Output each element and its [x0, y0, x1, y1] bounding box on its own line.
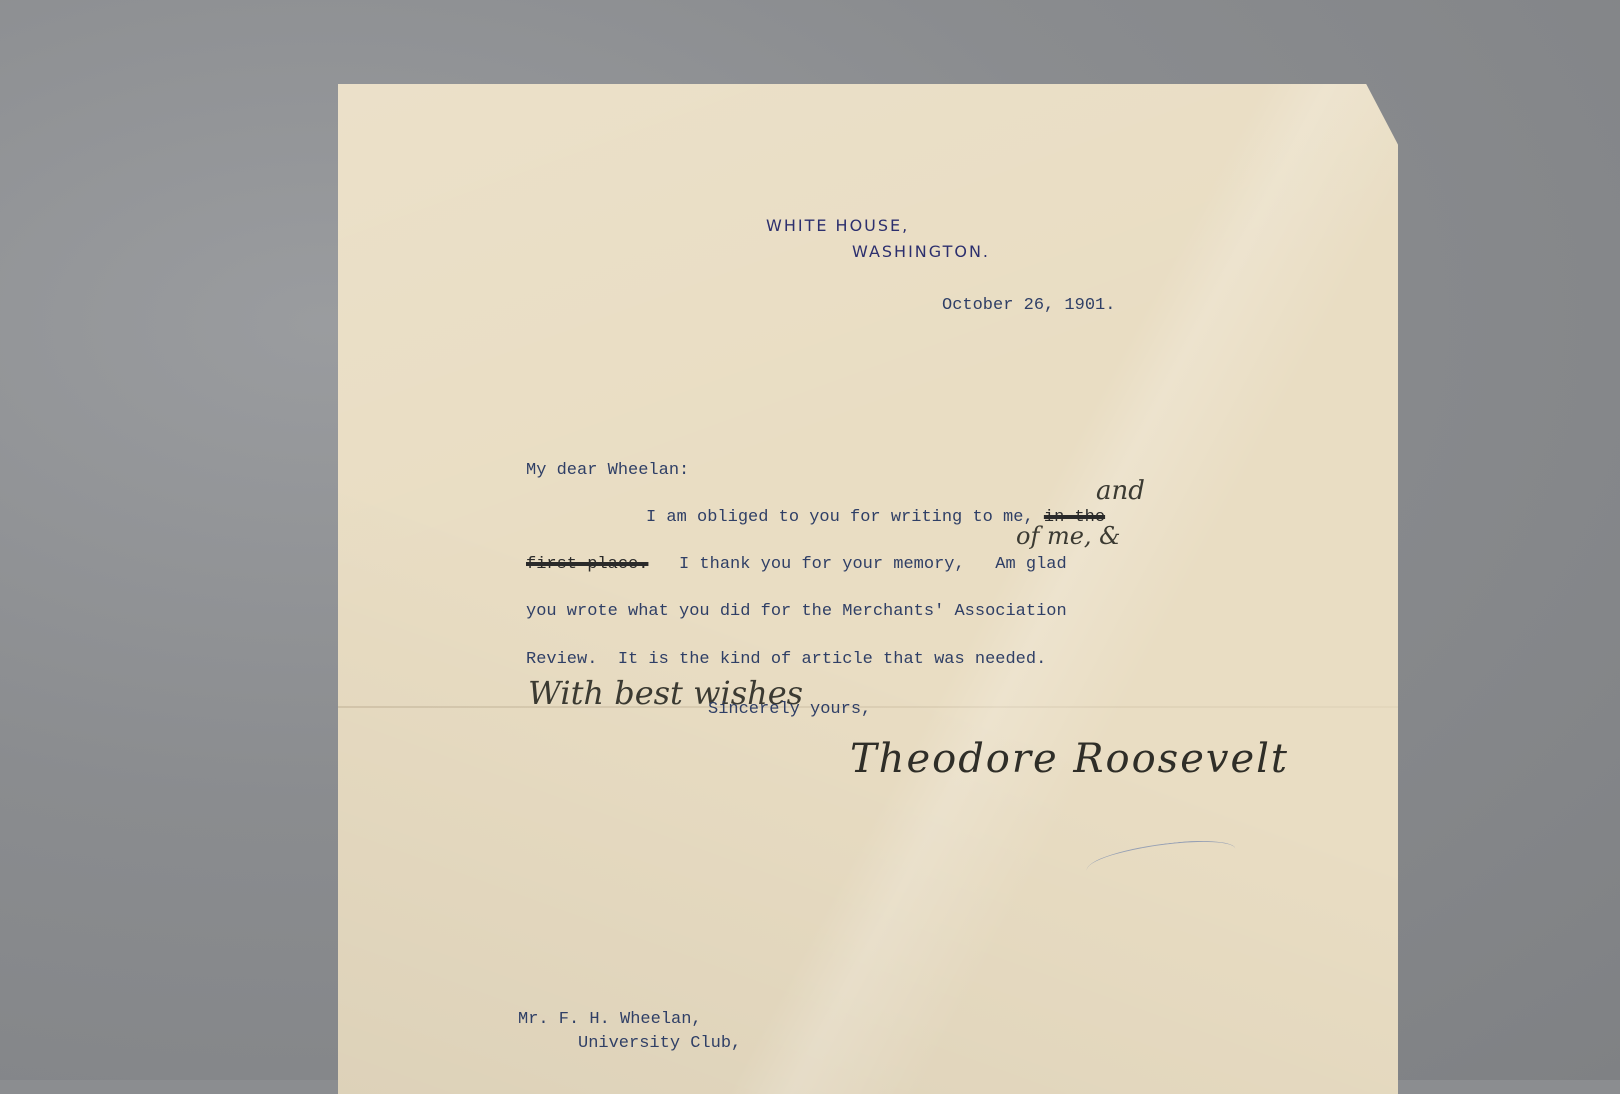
body-line-2-after: Am glad — [995, 555, 1066, 574]
recipient-line-2: University Club, — [578, 1034, 741, 1053]
body-line-1-text: I am obliged to you for writing to me — [646, 508, 1023, 527]
closing: Sincerely yours, — [708, 700, 871, 719]
body-line-2-text: I thank you for your memory — [679, 555, 954, 574]
handwritten-insert-of-me: of me, & — [1016, 522, 1121, 550]
stray-ink-mark — [1085, 836, 1237, 883]
body-line-4: Review. It is the kind of article that w… — [526, 650, 1046, 669]
salutation: My dear Wheelan: — [526, 461, 689, 480]
signature: Theodore Roosevelt — [850, 736, 1289, 782]
body-line-2: first place. I thank you for your memory… — [526, 555, 1067, 574]
letter-paper: WHITE HOUSE, WASHINGTON. October 26, 190… — [338, 84, 1398, 1080]
letter-date: October 26, 1901. — [942, 296, 1115, 315]
letterhead-line-2: WASHINGTON. — [852, 242, 990, 261]
body-line-2-gap — [648, 555, 679, 574]
handwritten-insert-and: and — [1096, 476, 1145, 506]
letterhead-line-1: WHITE HOUSE, — [766, 216, 909, 235]
struck-text-first-place: first place. — [526, 555, 648, 574]
body-line-2-gap-2: , — [954, 555, 995, 574]
body-line-3: you wrote what you did for the Merchants… — [526, 602, 1067, 621]
recipient-line-1: Mr. F. H. Wheelan, — [518, 1010, 702, 1029]
